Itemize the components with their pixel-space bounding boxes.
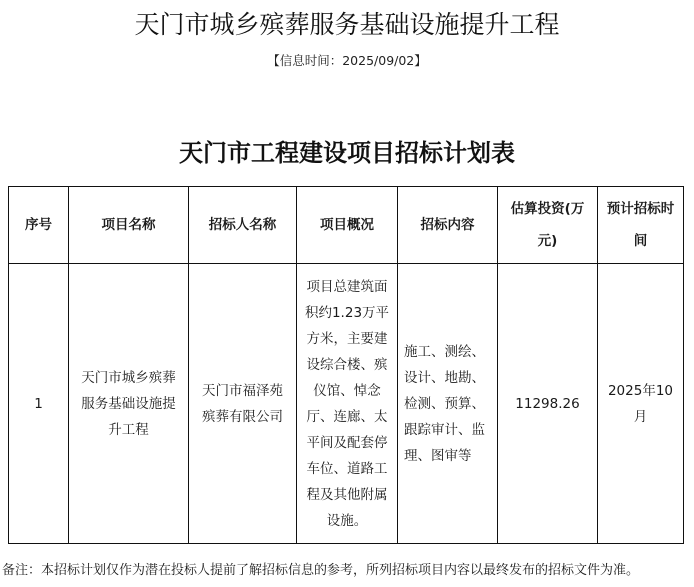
cell-content: 施工、测绘、设计、地勘、检测、预算、跟踪审计、监理、图审等 — [398, 264, 498, 544]
footnote: 备注：本招标计划仅作为潜在投标人提前了解招标信息的参考，所列招标项目内容以最终发… — [2, 561, 694, 581]
header-overview: 项目概况 — [297, 187, 398, 264]
cell-index: 1 — [9, 264, 69, 544]
cell-overview: 项目总建筑面积约1.23万平方米，主要建设综合楼、殡仪馆、悼念厅、连廊、太平间及… — [297, 264, 398, 544]
header-project-name: 项目名称 — [69, 187, 189, 264]
table-title: 天门市工程建设项目招标计划表 — [0, 136, 694, 170]
cell-investment: 11298.26 — [498, 264, 598, 544]
cell-project-name: 天门市城乡殡葬服务基础设施提升工程 — [69, 264, 189, 544]
info-time: 【信息时间：2025/09/02】 — [0, 52, 694, 70]
header-investment: 估算投资(万元) — [498, 187, 598, 264]
tender-plan-table: 序号 项目名称 招标人名称 项目概况 招标内容 估算投资(万元) 预计招标时间 … — [8, 186, 684, 544]
header-content: 招标内容 — [398, 187, 498, 264]
table-header-row: 序号 项目名称 招标人名称 项目概况 招标内容 估算投资(万元) 预计招标时间 — [9, 187, 684, 264]
page-title: 天门市城乡殡葬服务基础设施提升工程 — [0, 8, 694, 42]
cell-tenderer: 天门市福泽苑殡葬有限公司 — [189, 264, 297, 544]
header-index: 序号 — [9, 187, 69, 264]
header-tender-time: 预计招标时间 — [598, 187, 684, 264]
table-row: 1 天门市城乡殡葬服务基础设施提升工程 天门市福泽苑殡葬有限公司 项目总建筑面积… — [9, 264, 684, 544]
cell-tender-time: 2025年10月 — [598, 264, 684, 544]
header-tenderer: 招标人名称 — [189, 187, 297, 264]
